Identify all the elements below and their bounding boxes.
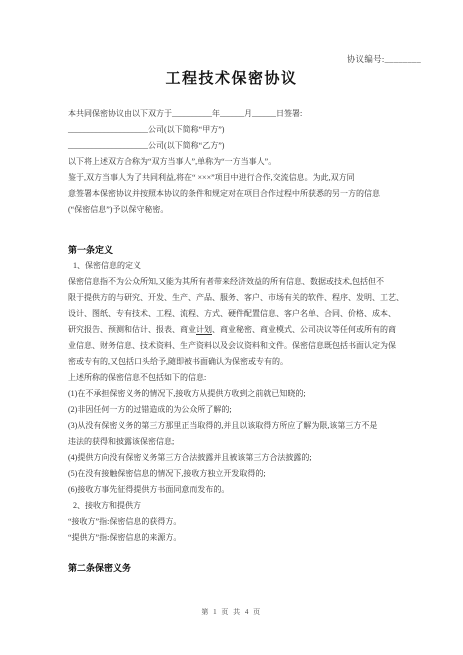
party-a-blank-line: ____________________公司(以下简称“甲方”) bbox=[68, 122, 400, 138]
definition-line-pre: 研究报告、预测和估计、报表、商业 bbox=[68, 325, 196, 334]
whereas-line-2: 意签署本保密协议并按照本协议的条件和规定对在项目合作过程中所获悉的另一方的信息 bbox=[68, 186, 400, 202]
agreement-number-blank: 协议编号:________ bbox=[0, 53, 421, 65]
provider-definition-line: “提供方”指:保密信息的来源方。 bbox=[68, 530, 400, 546]
exclusion-item-4: (4)提供方向没有保密义务第三方合法披露并且被该第三方合法披露的; bbox=[68, 450, 400, 466]
document-page: 协议编号:________ 工程技术保密协议 本共同保密协议由以下双方于____… bbox=[0, 0, 463, 655]
section-2-heading: 第二条保密义务 bbox=[68, 560, 400, 576]
party-b-blank-line: ____________________公司(以下简称“乙方”) bbox=[68, 138, 400, 154]
definition-line: 限于提供方的与研究、开发、生产、产品、服务、客户、市场有关的软件、程序、发明、工… bbox=[68, 290, 400, 306]
exclusion-item-2: (2)非因任何一方的过错造成的为公众所了解的; bbox=[68, 402, 400, 418]
exclusion-item-5: (5)在没有接触保密信息的情况下,接收方独立开发取得的; bbox=[68, 466, 400, 482]
underlined-term: 计划 bbox=[196, 325, 212, 334]
item-1-title: 1、保密信息的定义 bbox=[68, 258, 400, 274]
definition-line: 密或专有的,又包括口头给予,随即被书面确认为保密或专有的。 bbox=[68, 354, 400, 370]
definition-line: 业信息、财务信息、技术资料、生产资料以及会议资料和文件。保密信息既包括书面认定为… bbox=[68, 338, 400, 354]
intro-signing-date-line: 本共同保密协议由以下双方于__________年______月______日签署… bbox=[68, 106, 400, 122]
definition-line-with-underline: 研究报告、预测和估计、报表、商业计划、商业秘密、商业模式、公司决议等任何或所有的… bbox=[68, 322, 400, 338]
parties-naming-line: 以下将上述双方合称为“双方当事人”,单称为“一方当事人”。 bbox=[68, 154, 400, 170]
page-number-footer: 第 1 页 共 4 页 bbox=[0, 607, 463, 617]
exclusion-item-1: (1)在不承担保密义务的情况下,接收方从提供方收到之前就已知晓的; bbox=[68, 386, 400, 402]
whereas-line-1: 鉴于,双方当事人为了共同利益,将在“ ×××”项目中进行合作,交流信息。为此,双… bbox=[68, 170, 400, 186]
exclusion-item-3: (3)从没有保密义务的第三方那里正当取得的,并且以该取得方所应了解为限,该第三方… bbox=[68, 418, 400, 434]
whereas-line-3: (“保密信息”)予以保守秘密。 bbox=[68, 202, 400, 218]
exclusion-item-3-continuation: 违法的获得和披露该保密信息; bbox=[68, 434, 400, 450]
document-title: 工程技术保密协议 bbox=[0, 67, 463, 88]
exclusions-intro-line: 上述所称的保密信息不包括如下的信息: bbox=[68, 370, 400, 386]
definition-line: 保密信息指不为公众所知,又能为其所有者带来经济效益的所有信息、数据或技术,包括但… bbox=[68, 274, 400, 290]
document-body: 本共同保密协议由以下双方于__________年______月______日签署… bbox=[68, 106, 400, 576]
definition-line: 设计、图纸、专有技术、工程、流程、方式、硬件配置信息、客户名单、合同、价格、成本… bbox=[68, 306, 400, 322]
item-2-title: 2、接收方和提供方 bbox=[68, 498, 400, 514]
receiver-definition-line: “接收方”指:保密信息的获得方。 bbox=[68, 514, 400, 530]
definition-line-post: 、商业秘密、商业模式、公司决议等任何或所有的商 bbox=[212, 325, 396, 334]
exclusion-item-6: (6)接收方事先征得提供方书面同意而发布的。 bbox=[68, 482, 400, 498]
section-1-heading: 第一条定义 bbox=[68, 242, 400, 258]
